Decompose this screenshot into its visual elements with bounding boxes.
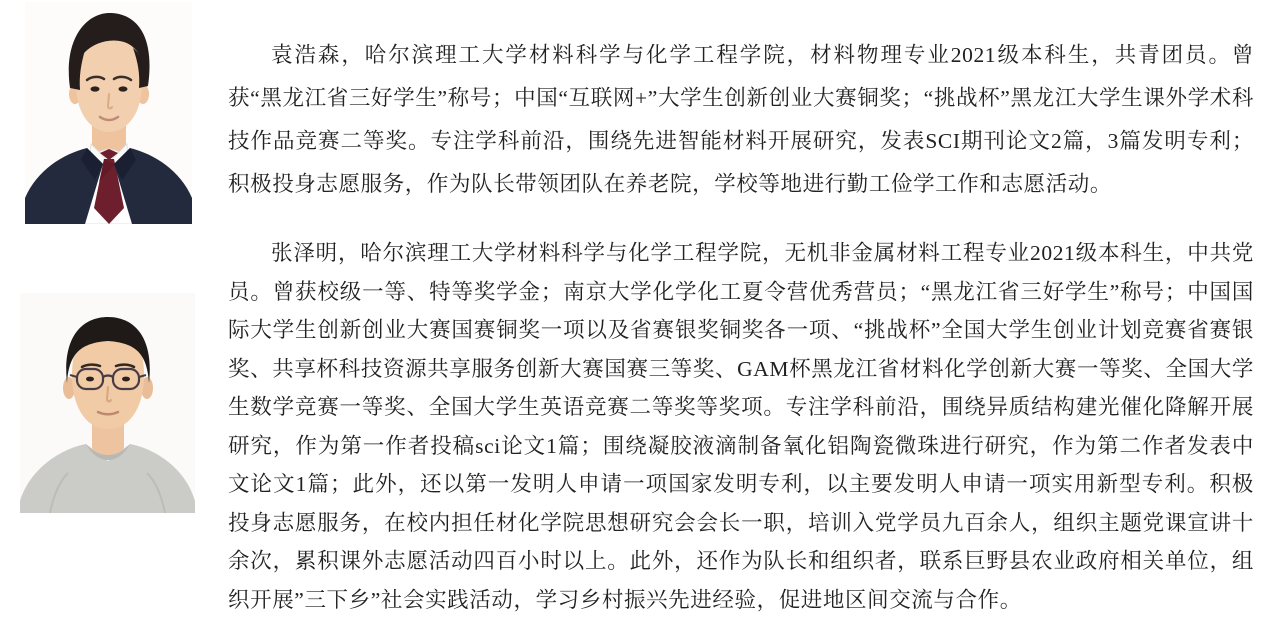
id-photo-man-dark-suit-red-tie-icon <box>25 2 192 224</box>
profile-photo-yuan-haosen <box>25 2 192 224</box>
id-photo-man-glasses-gray-tshirt-icon <box>20 293 195 513</box>
document-page: 袁浩森，哈尔滨理工大学材料科学与化学工程学院，材料物理专业2021级本科生，共青… <box>0 0 1269 621</box>
profile-photo-zhang-zeming <box>20 293 195 513</box>
bio-paragraph-yuan-haosen: 袁浩森，哈尔滨理工大学材料科学与化学工程学院，材料物理专业2021级本科生，共青… <box>228 34 1254 206</box>
bio-paragraph-zhang-zeming: 张泽明，哈尔滨理工大学材料科学与化学工程学院，无机非金属材料工程专业2021级本… <box>228 234 1254 619</box>
